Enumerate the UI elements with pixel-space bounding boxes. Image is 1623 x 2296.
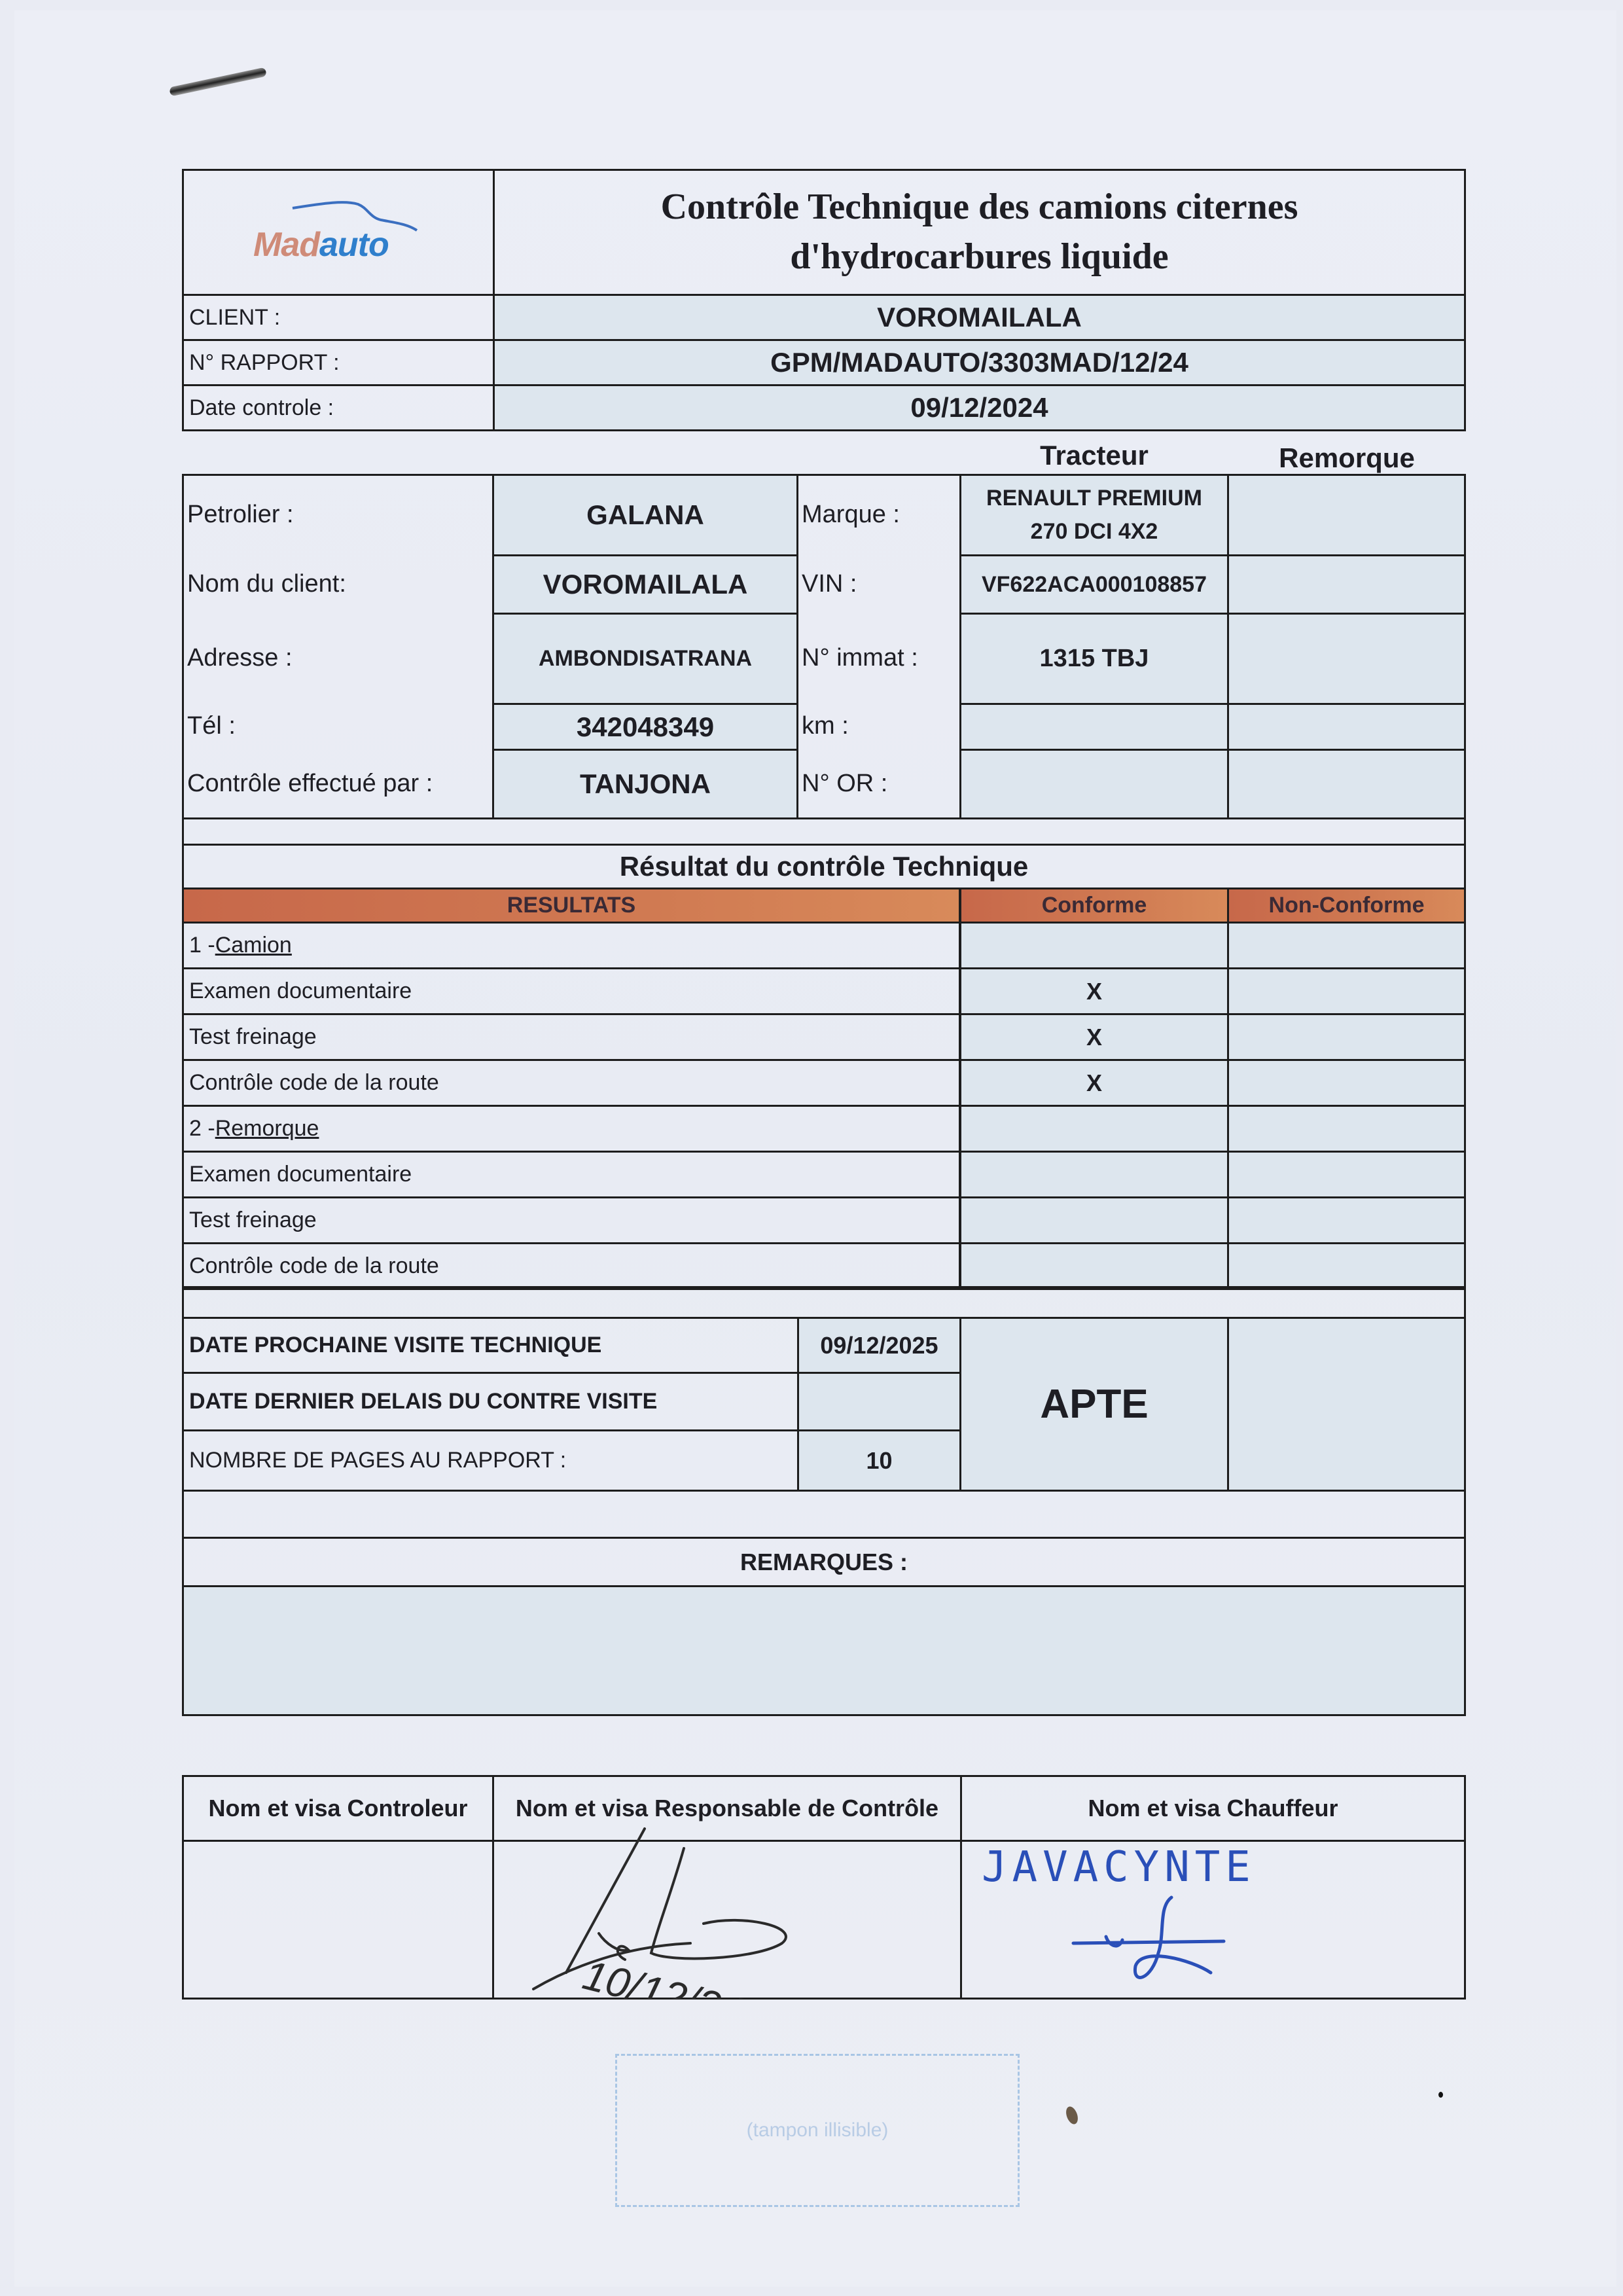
title-line-1: Contrôle Technique des camions citernes xyxy=(661,183,1298,232)
marque-tracteur-line2: 270 DCI 4X2 xyxy=(1031,515,1158,548)
non-conforme-cell xyxy=(1227,1013,1466,1061)
marque-remorque xyxy=(1227,474,1466,556)
rapport-value: GPM/MADAUTO/3303MAD/12/24 xyxy=(493,339,1466,386)
section-number: 2 - xyxy=(189,1116,215,1141)
petrolier-value: GALANA xyxy=(492,474,798,556)
sig-controleur-label: Nom et visa Controleur xyxy=(182,1775,494,1842)
conforme-cell: X xyxy=(959,967,1229,1015)
conforme-cell xyxy=(959,922,1229,969)
immat-label: N° immat : xyxy=(796,613,960,703)
petrolier-label: Petrolier : xyxy=(182,474,493,555)
results-row-label: Test freinage xyxy=(182,1196,961,1244)
date-controle-value: 09/12/2024 xyxy=(493,384,1466,431)
nom-client-label: Nom du client: xyxy=(182,555,493,613)
controle-par-label: Contrôle effectué par : xyxy=(182,749,493,818)
paper-speck xyxy=(1438,2092,1443,2098)
conforme-cell xyxy=(959,1242,1229,1290)
non-conforme-cell xyxy=(1227,1242,1466,1290)
madauto-logo: Madauto xyxy=(253,196,423,268)
col-remorque-heading: Remorque xyxy=(1228,442,1466,474)
results-section-heading: 1 - Camion xyxy=(182,922,961,969)
non-conforme-cell xyxy=(1227,1151,1466,1198)
vin-tracteur: VF622ACA000108857 xyxy=(959,554,1229,615)
results-row-label: Examen documentaire xyxy=(182,1151,961,1198)
immat-tracteur: 1315 TBJ xyxy=(959,613,1229,705)
non-conforme-cell xyxy=(1227,1059,1466,1107)
results-row-label: Contrôle code de la route xyxy=(182,1059,961,1107)
or-tracteur xyxy=(959,749,1229,819)
nom-client-value: VOROMAILALA xyxy=(492,554,798,615)
or-label: N° OR : xyxy=(796,749,960,818)
section-number: 1 - xyxy=(189,933,215,958)
verdict-apte: APTE xyxy=(959,1317,1229,1492)
responsable-signature-icon: 10/12/24 xyxy=(494,1803,960,1999)
client-label: CLIENT : xyxy=(182,294,495,341)
marque-tracteur-line1: RENAULT PREMIUM xyxy=(986,482,1202,515)
results-row-label: Contrôle code de la route xyxy=(182,1242,961,1290)
results-header-resultats: RESULTATS xyxy=(182,888,961,924)
verdict-empty-cell xyxy=(1227,1317,1466,1492)
title-line-2: d'hydrocarbures liquide xyxy=(790,232,1168,282)
prochaine-visite-value: 09/12/2025 xyxy=(797,1317,961,1374)
section-title: Camion xyxy=(215,933,292,958)
results-header-non-conforme: Non-Conforme xyxy=(1227,888,1466,924)
conforme-cell xyxy=(959,1196,1229,1244)
spacer-row xyxy=(182,1286,1466,1319)
vin-remorque xyxy=(1227,554,1466,615)
non-conforme-cell xyxy=(1227,922,1466,969)
spacer-row xyxy=(182,1490,1466,1539)
controle-par-value: TANJONA xyxy=(492,749,798,819)
marque-tracteur: RENAULT PREMIUM 270 DCI 4X2 xyxy=(959,474,1229,556)
stamp-text: (tampon illisible) xyxy=(617,2117,1018,2144)
sig-controleur-box xyxy=(182,1840,494,2000)
results-section-heading: 2 - Remorque xyxy=(182,1105,961,1153)
tel-value: 342048349 xyxy=(492,703,798,751)
results-section-title: Résultat du contrôle Technique xyxy=(182,844,1466,889)
results-row-label: Test freinage xyxy=(182,1013,961,1061)
date-controle-label: Date controle : xyxy=(182,384,495,431)
col-tracteur-heading: Tracteur xyxy=(960,440,1228,471)
tel-label: Tél : xyxy=(182,703,493,749)
km-remorque xyxy=(1227,703,1466,751)
vin-label: VIN : xyxy=(796,555,960,613)
section-title: Remorque xyxy=(215,1116,319,1141)
sig-responsable-box: 10/12/24 xyxy=(492,1840,962,2000)
remarques-content xyxy=(182,1585,1466,1716)
conforme-cell: X xyxy=(959,1059,1229,1107)
logo-text-auto: auto xyxy=(319,226,389,264)
sig-chauffeur-label: Nom et visa Chauffeur xyxy=(960,1775,1466,1842)
contre-visite-value xyxy=(797,1372,961,1431)
rapport-label: N° RAPPORT : xyxy=(182,339,495,386)
non-conforme-cell xyxy=(1227,1105,1466,1153)
spacer-row xyxy=(182,817,1466,846)
company-stamp: (tampon illisible) xyxy=(615,2054,1020,2207)
conforme-cell xyxy=(959,1105,1229,1153)
nombre-pages-value: 10 xyxy=(797,1429,961,1492)
nombre-pages-label: NOMBRE DE PAGES AU RAPPORT : xyxy=(182,1429,799,1492)
remarques-label: REMARQUES : xyxy=(182,1537,1466,1587)
client-value: VOROMAILALA xyxy=(493,294,1466,341)
contre-visite-label: DATE DERNIER DELAIS DU CONTRE VISITE xyxy=(182,1372,799,1431)
or-remorque xyxy=(1227,749,1466,819)
logo-cell: Madauto xyxy=(182,169,495,296)
immat-remorque xyxy=(1227,613,1466,705)
marque-label: Marque : xyxy=(796,474,960,555)
document-title: Contrôle Technique des camions citernes … xyxy=(493,169,1466,296)
results-row-label: Examen documentaire xyxy=(182,967,961,1015)
chauffeur-signature-icon xyxy=(1060,1894,1257,1992)
adresse-label: Adresse : xyxy=(182,613,493,703)
prochaine-visite-label: DATE PROCHAINE VISITE TECHNIQUE xyxy=(182,1317,799,1374)
non-conforme-cell xyxy=(1227,967,1466,1015)
conforme-cell: X xyxy=(959,1013,1229,1061)
logo-text-mad: Mad xyxy=(253,226,319,264)
chauffeur-handwritten-name: JAVACYNTE xyxy=(982,1843,1256,1892)
results-header-conforme: Conforme xyxy=(959,888,1229,924)
sig-chauffeur-box: JAVACYNTE xyxy=(960,1840,1466,2000)
conforme-cell xyxy=(959,1151,1229,1198)
km-label: km : xyxy=(796,703,960,749)
km-tracteur xyxy=(959,703,1229,751)
non-conforme-cell xyxy=(1227,1196,1466,1244)
adresse-value: AMBONDISATRANA xyxy=(492,613,798,705)
